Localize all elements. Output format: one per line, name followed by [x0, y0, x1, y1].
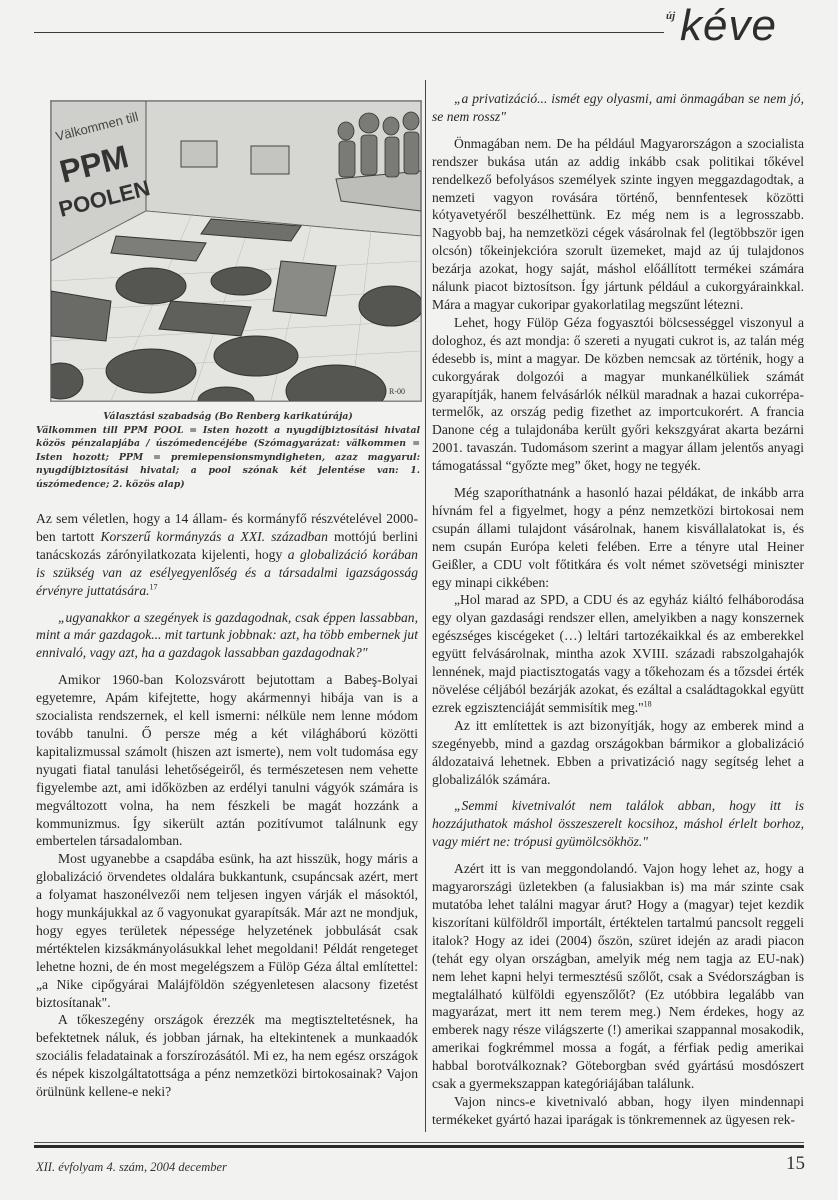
footnote-ref: 18 [644, 699, 652, 708]
footer-rule [34, 1142, 804, 1143]
paragraph: Amikor 1960-ban Kolozsvárott bejutottam … [36, 671, 418, 850]
footer-rule-thick [34, 1145, 804, 1148]
caption-body: Välkommen till PPM POOL = Isten hozott a… [36, 425, 420, 490]
paragraph: Lehet, hogy Fülöp Géza fogyasztói bölcse… [432, 314, 804, 475]
paragraph: Azért itt is van meggondolandó. Vajon ho… [432, 860, 804, 1093]
block-quote: „Hol marad az SPD, a CDU és az egyház ki… [432, 591, 804, 716]
pull-quote: „Semmi kivetnivalót nem találok abban, h… [432, 797, 804, 851]
paragraph: Önmagában nem. De ha például Magyarorszá… [432, 135, 804, 314]
header-rule [34, 32, 664, 33]
conference-title: Korszerű kormányzás a XXI. században [100, 529, 327, 544]
paragraph: Most ugyanebbe a csapdába esünk, ha azt … [36, 850, 418, 1011]
svg-text:R-00: R-00 [389, 387, 405, 396]
paragraph: A tőkeszegény országok érezzék ma megtis… [36, 1011, 418, 1101]
column-divider [425, 80, 426, 1132]
cartoon-illustration: Välkommen till PPM POOLEN [50, 100, 422, 402]
issue-info: XII. évfolyam 4. szám, 2004 december [36, 1160, 227, 1175]
masthead-prefix: új [666, 10, 675, 22]
paragraph: Vajon nincs-e kivetnivaló abban, hogy il… [432, 1093, 804, 1129]
paragraph: Még szaporíthatnánk a hasonló hazai péld… [432, 484, 804, 591]
cartoon-icon: Välkommen till PPM POOLEN [51, 101, 421, 401]
cartoon-caption: Választási szabadság (Bo Renberg karikat… [36, 410, 420, 491]
footnote-ref: 17 [150, 582, 158, 591]
masthead-title: kéve [680, 0, 777, 52]
page-number: 15 [786, 1153, 805, 1175]
right-column: „a privatizáció... ismét egy olyasmi, am… [432, 90, 804, 1129]
paragraph: Az sem véletlen, hogy a 14 állam- és kor… [36, 510, 418, 600]
magazine-page: új kéve Välkommen till [0, 0, 838, 1200]
left-column: Az sem véletlen, hogy a 14 állam- és kor… [36, 510, 418, 1101]
pull-quote: „a privatizáció... ismét egy olyasmi, am… [432, 90, 804, 126]
masthead-logo: új kéve [666, 4, 816, 52]
paragraph: Az itt említettek is azt bizonyítják, ho… [432, 717, 804, 789]
pull-quote: „ugyanakkor a szegények is gazdagodnak, … [36, 609, 418, 663]
caption-title: Választási szabadság (Bo Renberg karikat… [36, 410, 420, 424]
